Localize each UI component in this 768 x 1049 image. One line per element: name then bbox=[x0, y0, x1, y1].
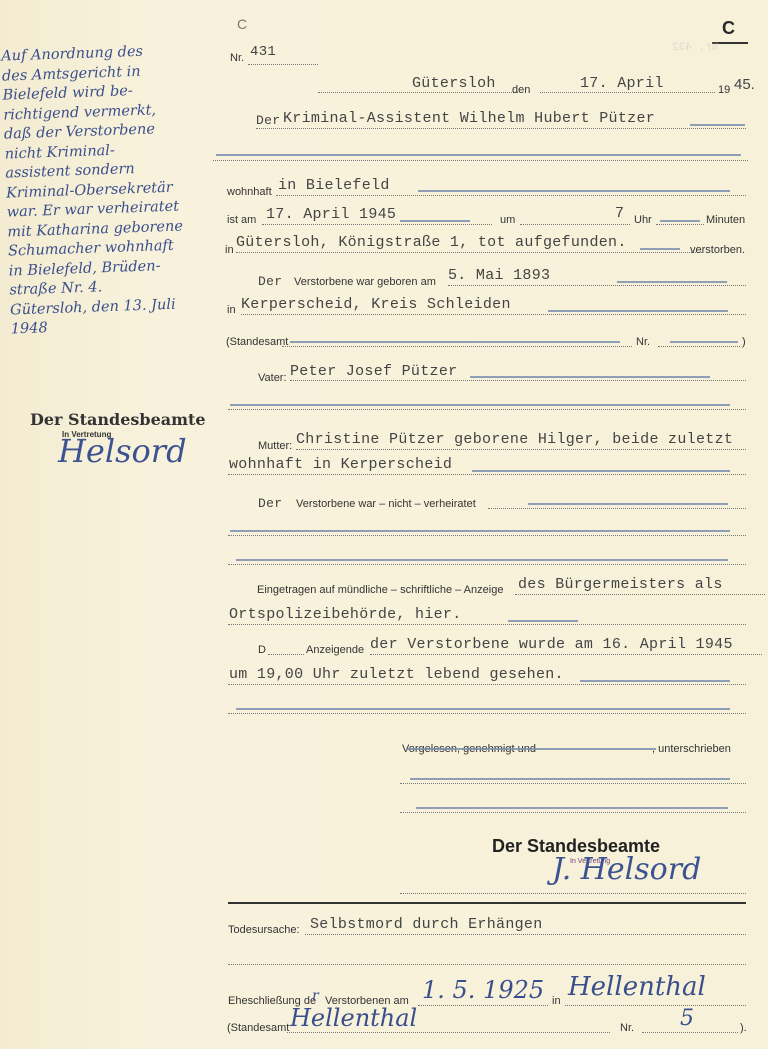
document-page: C C Nr. 432 Nr. 431 Auf Anordnung des de… bbox=[0, 0, 768, 1049]
married-label: Verstorbene war – nicht – verheiratet bbox=[296, 498, 476, 510]
standesamt-label: (Standesamt bbox=[226, 336, 288, 348]
ehe-in-label: in bbox=[552, 995, 561, 1007]
wohnhaft-value: in Bielefeld bbox=[278, 177, 390, 194]
anzeigende-prefix: D bbox=[258, 644, 266, 656]
ehe-standesamt-label: (Standesamt bbox=[227, 1022, 289, 1034]
small-c-mark: C bbox=[237, 16, 247, 32]
den-label: den bbox=[512, 84, 530, 96]
born-label: Verstorbene war geboren am bbox=[294, 276, 436, 288]
eingetragen-label: Eingetragen auf mündliche – schriftliche… bbox=[257, 584, 503, 596]
section-divider bbox=[228, 902, 746, 904]
birth-place: Kerperscheid, Kreis Schleiden bbox=[241, 296, 511, 313]
ist-am-label: ist am bbox=[227, 214, 256, 226]
year-suffix: 45. bbox=[734, 76, 755, 93]
in-label: in bbox=[225, 244, 234, 256]
margin-stamp-title: Der Standesbeamte bbox=[30, 410, 206, 429]
minuten-label: Minuten bbox=[706, 214, 745, 226]
uhr-label: Uhr bbox=[634, 214, 652, 226]
record-date: 17. April bbox=[580, 75, 664, 92]
death-date: 17. April 1945 bbox=[266, 206, 396, 223]
ehe-standesamt: Hellenthal bbox=[290, 1004, 417, 1032]
todesursache-value: Selbstmord durch Erhängen bbox=[310, 916, 543, 933]
ehe-nr: 5 bbox=[680, 1006, 694, 1031]
wohnhaft-label: wohnhaft bbox=[227, 186, 272, 198]
anzeigende-cont: um 19,00 Uhr zuletzt lebend gesehen. bbox=[229, 666, 564, 683]
vater-label: Vater: bbox=[258, 372, 287, 384]
birth-place-label: in bbox=[227, 304, 236, 316]
um-label: um bbox=[500, 214, 515, 226]
anzeige-cont: Ortspolizeibehörde, hier. bbox=[229, 606, 462, 623]
corner-letter: C bbox=[722, 18, 735, 39]
birth-date: 5. Mai 1893 bbox=[448, 267, 550, 284]
record-place: Gütersloh bbox=[412, 75, 496, 92]
ehe-suffix: r bbox=[312, 988, 319, 1004]
anzeige-value: des Bürgermeisters als bbox=[518, 576, 723, 593]
born-prefix: Der bbox=[258, 274, 282, 289]
verstorben-label: verstorben. bbox=[690, 244, 745, 256]
death-hour: 7 bbox=[615, 205, 624, 222]
unterschrieben-label: , unterschrieben bbox=[652, 743, 731, 755]
nr-label: Nr. bbox=[230, 52, 244, 64]
nr-value: 431 bbox=[250, 44, 276, 60]
standesamt-nr-label: Nr. bbox=[636, 336, 650, 348]
standesbeamte-signature: J. Helsord bbox=[552, 852, 701, 887]
married-prefix: Der bbox=[258, 496, 282, 511]
margin-signature: Helsord bbox=[58, 432, 187, 470]
death-place: Gütersloh, Königstraße 1, tot aufgefunde… bbox=[236, 234, 627, 251]
todesursache-label: Todesursache: bbox=[228, 924, 300, 936]
deceased-name: Kriminal-Assistent Wilhelm Hubert Pützer bbox=[283, 110, 655, 127]
margin-annotation: Auf Anordnung des des Amtsgericht in Bie… bbox=[1, 41, 216, 340]
deceased-prefix: Der bbox=[256, 113, 280, 128]
anzeigende-label: Anzeigende bbox=[306, 644, 364, 656]
ehe-place: Hellenthal bbox=[568, 972, 706, 1002]
mutter-label: Mutter: bbox=[258, 440, 292, 452]
mutter-value: Christine Pützer geborene Hilger, beide … bbox=[296, 431, 733, 448]
year-prefix: 19 bbox=[718, 84, 730, 96]
anzeigende-value: der Verstorbene wurde am 16. April 1945 bbox=[370, 636, 733, 653]
ghost-nr: Nr. 432 bbox=[672, 42, 718, 54]
ehe-date: 1. 5. 1925 bbox=[422, 976, 544, 1004]
ehe-nr-label: Nr. bbox=[620, 1022, 634, 1034]
mutter-cont: wohnhaft in Kerperscheid bbox=[229, 456, 452, 473]
vater-value: Peter Josef Pützer bbox=[290, 363, 457, 380]
close-paren: ) bbox=[742, 336, 746, 348]
ehe-close: ). bbox=[740, 1022, 747, 1034]
